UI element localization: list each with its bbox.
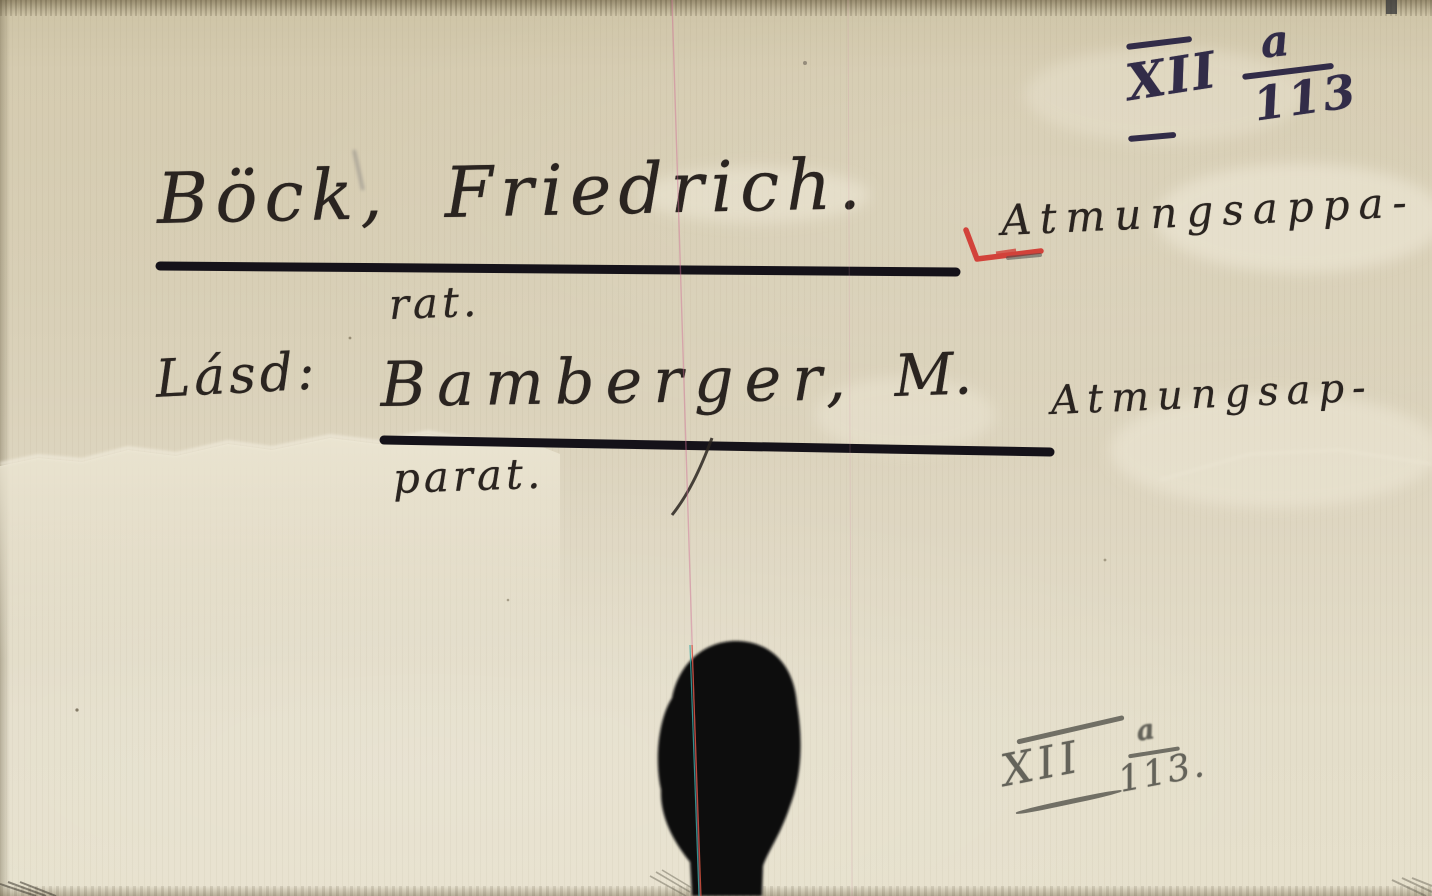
- see-reference-label: Lásd:: [154, 341, 320, 409]
- crossref-subject-carryover-text: parat.: [392, 449, 545, 503]
- scan-left-edge: [0, 0, 10, 896]
- entry-subject-carryover-text: rat.: [388, 277, 481, 329]
- crossref-name-text: Bamberger,: [380, 341, 857, 421]
- entry-name-text: Böck, Friedrich.: [156, 143, 868, 240]
- pencil-roman: XII: [997, 731, 1086, 797]
- classification-letter-ink: a: [1258, 15, 1292, 69]
- pencil-letter: a: [1134, 712, 1157, 747]
- pencil-underline: [1015, 788, 1122, 815]
- scan-bottom-edge: [0, 886, 1432, 896]
- scan-top-edge: [0, 0, 1432, 16]
- crossref-initial-text: M.: [893, 339, 973, 410]
- pencil-number: 113.: [1115, 744, 1209, 801]
